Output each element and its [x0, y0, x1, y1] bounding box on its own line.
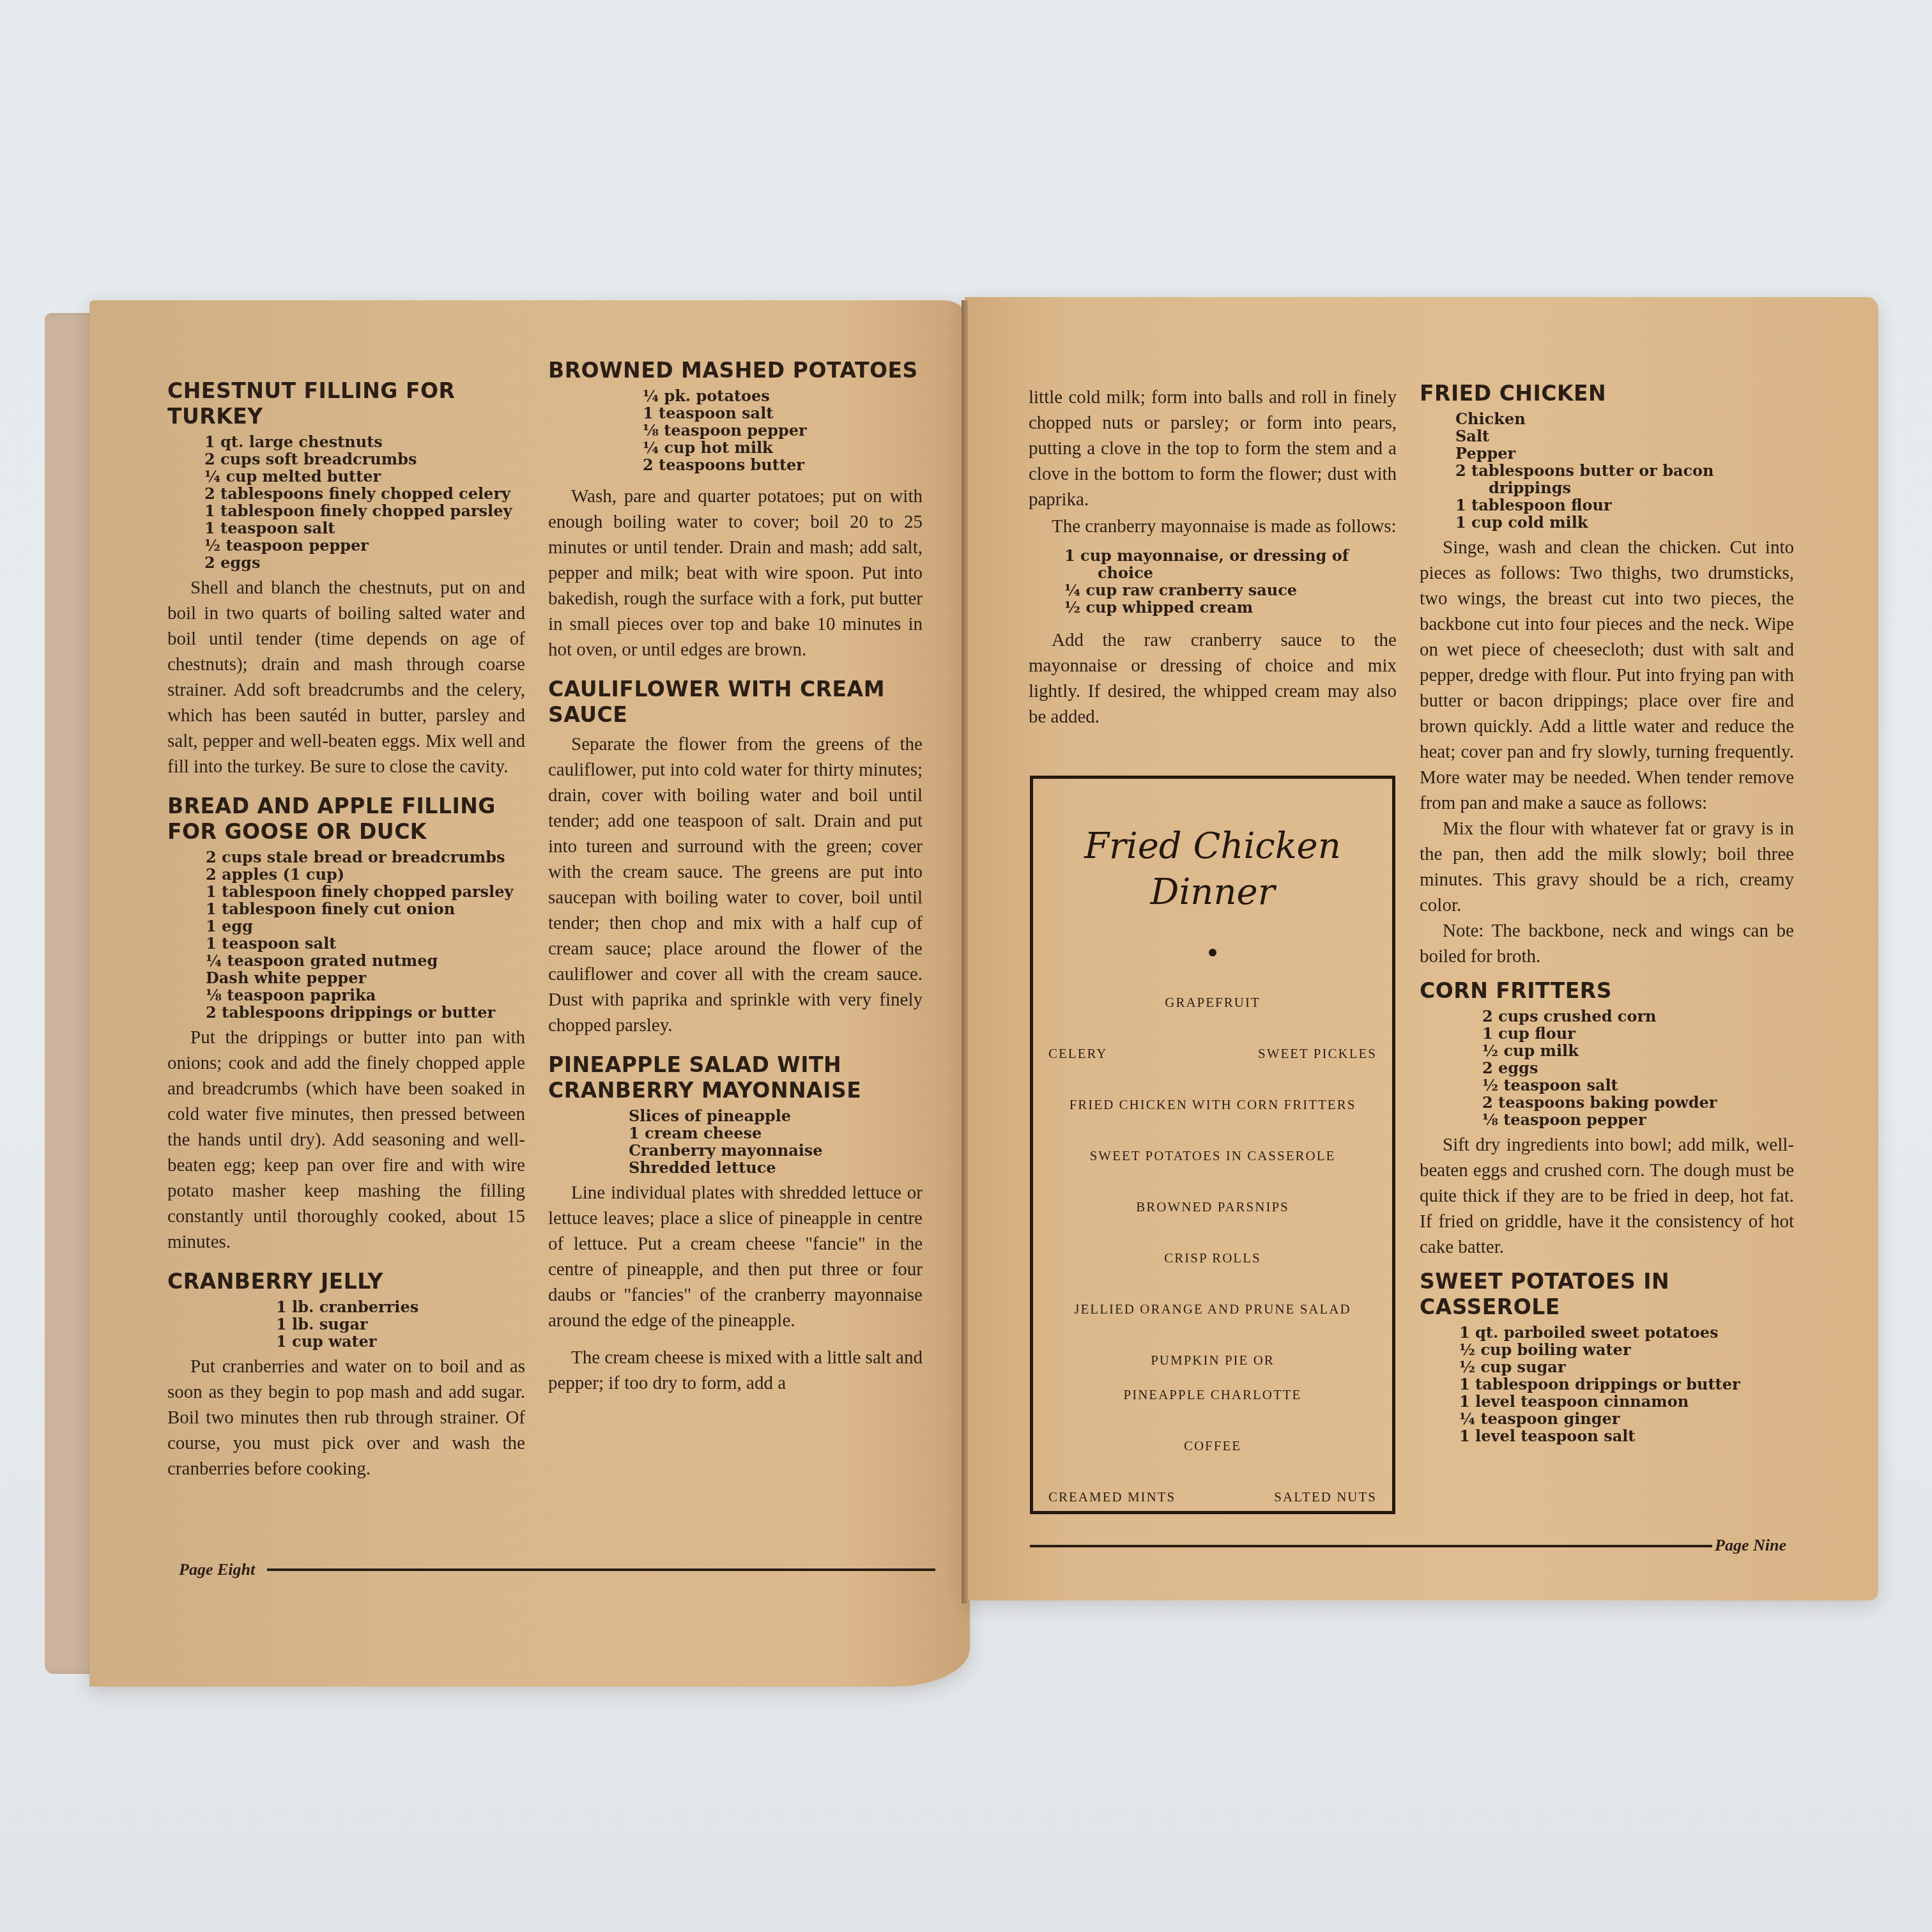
menu-item: COFFEE: [1033, 1438, 1392, 1489]
recipe-chestnut-filling: CHESTNUT FILLING FOR TURKEY 1 qt. large …: [167, 378, 525, 779]
recipe-title: CORN FRITTERS: [1420, 978, 1794, 1004]
recipe-title: PINEAPPLE SALAD WITH CRANBERRY MAYONNAIS…: [548, 1052, 923, 1103]
ingredient: 1 cup water: [276, 1333, 525, 1350]
left-column-2: BROWNED MASHED POTATOES ¼ pk. potatoes 1…: [548, 358, 923, 1396]
ingredient: ⅛ teaspoon pepper: [643, 422, 923, 439]
ingredient: ½ teaspoon pepper: [204, 537, 525, 554]
recipe-browned-mashed-potatoes: BROWNED MASHED POTATOES ¼ pk. potatoes 1…: [548, 358, 923, 663]
menu-item: BROWNED PARSNIPS: [1033, 1199, 1392, 1250]
ingredient-list: 1 qt. parboiled sweet potatoes ½ cup boi…: [1420, 1324, 1794, 1445]
ingredient: 1 tablespoon finely chopped parsley: [204, 502, 525, 519]
recipe-title: SWEET POTATOES IN CASSEROLE: [1420, 1269, 1794, 1320]
recipe-directions: Mix the flour with whatever fat or gravy…: [1420, 816, 1794, 918]
ingredient: Shredded lettuce: [629, 1159, 923, 1176]
ingredient: 1 cup flour: [1482, 1025, 1794, 1042]
ingredient: 1 tablespoon flour: [1455, 496, 1794, 514]
cranberry-mayonnaise-directions: Add the raw cranberry sauce to the mayon…: [1029, 627, 1397, 730]
menu-item: SWEET POTATOES IN CASSEROLE: [1033, 1148, 1392, 1199]
ingredient: 2 apples (1 cup): [206, 866, 525, 883]
page-number-right: Page Nine: [1715, 1536, 1786, 1555]
footer-rule-left: [267, 1568, 935, 1571]
recipe-directions: Sift dry ingredients into bowl; add milk…: [1420, 1132, 1794, 1260]
booklet-cover-edge: [45, 313, 96, 1674]
ingredient: 1 lb. sugar: [276, 1315, 525, 1333]
ingredient-list: ¼ pk. potatoes 1 teaspoon salt ⅛ teaspoo…: [548, 387, 923, 473]
ingredient: 1 tablespoon finely cut onion: [206, 900, 525, 917]
ingredient: Salt: [1455, 427, 1794, 445]
ingredient: 1 teaspoon salt: [643, 404, 923, 422]
ingredient: ½ cup milk: [1482, 1042, 1794, 1059]
recipe-title: CRANBERRY JELLY: [167, 1269, 525, 1294]
menu-item: PINEAPPLE CHARLOTTE: [1033, 1387, 1392, 1438]
ingredient: Pepper: [1455, 445, 1794, 462]
page-number-left: Page Eight: [179, 1560, 255, 1579]
ingredient: ¼ cup hot milk: [643, 439, 923, 456]
recipe-note: Note: The backbone, neck and wings can b…: [1420, 918, 1794, 969]
ingredient: ½ cup whipped cream: [1064, 599, 1397, 616]
pineapple-salad-continuation: little cold milk; form into balls and ro…: [1029, 385, 1397, 512]
ingredient: 2 tablespoons butter or bacon: [1455, 462, 1794, 479]
recipe-directions: Put cranberries and water on to boil and…: [167, 1354, 525, 1482]
recipe-directions: Put the drippings or butter into pan wit…: [167, 1025, 525, 1255]
ingredient: 2 tablespoons finely chopped celery: [204, 485, 525, 502]
recipe-directions-continued: The cream cheese is mixed with a little …: [548, 1345, 923, 1396]
recipe-directions: Line individual plates with shredded let…: [548, 1180, 923, 1333]
ingredient: choice: [1064, 564, 1397, 581]
menu-item: SWEET PICKLES: [1258, 1046, 1377, 1097]
ingredient: 2 cups crushed corn: [1482, 1008, 1794, 1025]
ingredient: 1 tablespoon finely chopped parsley: [206, 883, 525, 900]
ingredient: 1 egg: [206, 917, 525, 935]
ingredient: 1 cup cold milk: [1455, 514, 1794, 531]
ingredient: Slices of pineapple: [629, 1107, 923, 1124]
ingredient: 2 teaspoons butter: [643, 456, 923, 473]
ingredient: 2 eggs: [1482, 1059, 1794, 1077]
recipe-title: FRIED CHICKEN: [1420, 381, 1794, 406]
ingredient: Cranberry mayonnaise: [629, 1142, 923, 1159]
ingredient: ½ cup sugar: [1459, 1358, 1794, 1376]
recipe-directions: Singe, wash and clean the chicken. Cut i…: [1420, 535, 1794, 816]
ingredient: 2 tablespoons drippings or butter: [206, 1004, 525, 1021]
ingredient-list: 1 lb. cranberries 1 lb. sugar 1 cup wate…: [167, 1298, 525, 1350]
ingredient: 1 teaspoon salt: [206, 935, 525, 952]
ingredient: ¼ teaspoon ginger: [1459, 1410, 1794, 1427]
ingredient: ¼ cup raw cranberry sauce: [1064, 581, 1397, 599]
ingredient: 1 lb. cranberries: [276, 1298, 525, 1315]
ingredient: 2 cups soft breadcrumbs: [204, 450, 525, 468]
menu-item: JELLIED ORANGE AND PRUNE SALAD: [1033, 1301, 1392, 1353]
menu-title-line-1: Fried Chicken: [1033, 824, 1392, 870]
recipe-directions: Wash, pare and quarter potatoes; put on …: [548, 484, 923, 663]
ingredient-list: 2 cups crushed corn 1 cup flour ½ cup mi…: [1420, 1008, 1794, 1128]
recipe-title: BREAD AND APPLE FILLING FOR GOOSE OR DUC…: [167, 793, 525, 845]
ingredient: ⅛ teaspoon paprika: [206, 986, 525, 1004]
recipe-cauliflower-cream-sauce: CAULIFLOWER WITH CREAM SAUCE Separate th…: [548, 677, 923, 1038]
menu-item: PUMPKIN PIE OR: [1033, 1353, 1392, 1387]
ingredient: 1 tablespoon drippings or butter: [1459, 1376, 1794, 1393]
recipe-bread-apple-filling: BREAD AND APPLE FILLING FOR GOOSE OR DUC…: [167, 793, 525, 1255]
recipe-sweet-potatoes-casserole: SWEET POTATOES IN CASSEROLE 1 qt. parboi…: [1420, 1269, 1794, 1445]
menu-row-celery-pickles: CELERY SWEET PICKLES: [1033, 1046, 1392, 1097]
ingredient-list: 2 cups stale bread or breadcrumbs 2 appl…: [167, 848, 525, 1021]
ingredient: ½ cup boiling water: [1459, 1341, 1794, 1358]
menu-item: CREAMED MINTS: [1048, 1489, 1176, 1515]
mayonnaise-ingredient-list: 1 cup mayonnaise, or dressing of choice …: [1029, 547, 1397, 616]
fried-chicken-dinner-menu: Fried Chicken Dinner GRAPEFRUIT CELERY S…: [1030, 776, 1395, 1514]
ingredient: Dash white pepper: [206, 969, 525, 986]
left-column-1: CHESTNUT FILLING FOR TURKEY 1 qt. large …: [167, 378, 525, 1482]
open-recipe-booklet: CHESTNUT FILLING FOR TURKEY 1 qt. large …: [0, 0, 1932, 1932]
recipe-title: BROWNED MASHED POTATOES: [548, 358, 923, 383]
menu-title-line-2: Dinner: [1033, 870, 1392, 916]
ingredient: 2 cups stale bread or breadcrumbs: [206, 848, 525, 866]
right-column-1: little cold milk; form into balls and ro…: [1029, 381, 1397, 730]
menu-row-mints-nuts: CREAMED MINTS SALTED NUTS: [1033, 1489, 1392, 1515]
ingredient: ¼ cup melted butter: [204, 468, 525, 485]
recipe-title: CHESTNUT FILLING FOR TURKEY: [167, 378, 525, 429]
ingredient: ½ teaspoon salt: [1482, 1077, 1794, 1094]
menu-item: SALTED NUTS: [1274, 1489, 1377, 1515]
booklet-gutter: [962, 300, 968, 1604]
ingredient: ¼ teaspoon grated nutmeg: [206, 952, 525, 969]
recipe-fried-chicken: FRIED CHICKEN Chicken Salt Pepper 2 tabl…: [1420, 381, 1794, 969]
recipe-corn-fritters: CORN FRITTERS 2 cups crushed corn 1 cup …: [1420, 978, 1794, 1260]
right-column-2: FRIED CHICKEN Chicken Salt Pepper 2 tabl…: [1420, 381, 1794, 1445]
ingredient: ⅛ teaspoon pepper: [1482, 1111, 1794, 1128]
ingredient-list: Chicken Salt Pepper 2 tablespoons butter…: [1420, 410, 1794, 531]
ingredient: 1 level teaspoon cinnamon: [1459, 1393, 1794, 1410]
ingredient: 1 cream cheese: [629, 1124, 923, 1142]
ingredient-list: 1 qt. large chestnuts 2 cups soft breadc…: [167, 433, 525, 571]
recipe-directions: Separate the flower from the greens of t…: [548, 732, 923, 1038]
ingredient: 1 cup mayonnaise, or dressing of: [1064, 547, 1397, 564]
menu-item: FRIED CHICKEN WITH CORN FRITTERS: [1033, 1097, 1392, 1148]
menu-item: CRISP ROLLS: [1033, 1250, 1392, 1301]
recipe-pineapple-salad: PINEAPPLE SALAD WITH CRANBERRY MAYONNAIS…: [548, 1052, 923, 1396]
footer-rule-right: [1030, 1545, 1712, 1547]
ingredient: 1 qt. parboiled sweet potatoes: [1459, 1324, 1794, 1341]
ingredient: 1 level teaspoon salt: [1459, 1427, 1794, 1445]
menu-item: CELERY: [1048, 1046, 1108, 1097]
recipe-title: CAULIFLOWER WITH CREAM SAUCE: [548, 677, 923, 728]
ingredient: ¼ pk. potatoes: [643, 387, 923, 404]
bullet-dot-icon: [1209, 949, 1216, 956]
ingredient: Chicken: [1455, 410, 1794, 427]
ingredient: 2 teaspoons baking powder: [1482, 1094, 1794, 1111]
menu-item: GRAPEFRUIT: [1033, 995, 1392, 1046]
ingredient: 1 qt. large chestnuts: [204, 433, 525, 450]
ingredient: drippings: [1455, 479, 1794, 496]
cranberry-mayonnaise-intro: The cranberry mayonnaise is made as foll…: [1029, 514, 1397, 539]
ingredient-list: Slices of pineapple 1 cream cheese Cranb…: [548, 1107, 923, 1176]
ingredient: 1 teaspoon salt: [204, 519, 525, 537]
ingredient: 2 eggs: [204, 554, 525, 571]
recipe-cranberry-jelly: CRANBERRY JELLY 1 lb. cranberries 1 lb. …: [167, 1269, 525, 1482]
recipe-directions: Shell and blanch the chestnuts, put on a…: [167, 575, 525, 779]
